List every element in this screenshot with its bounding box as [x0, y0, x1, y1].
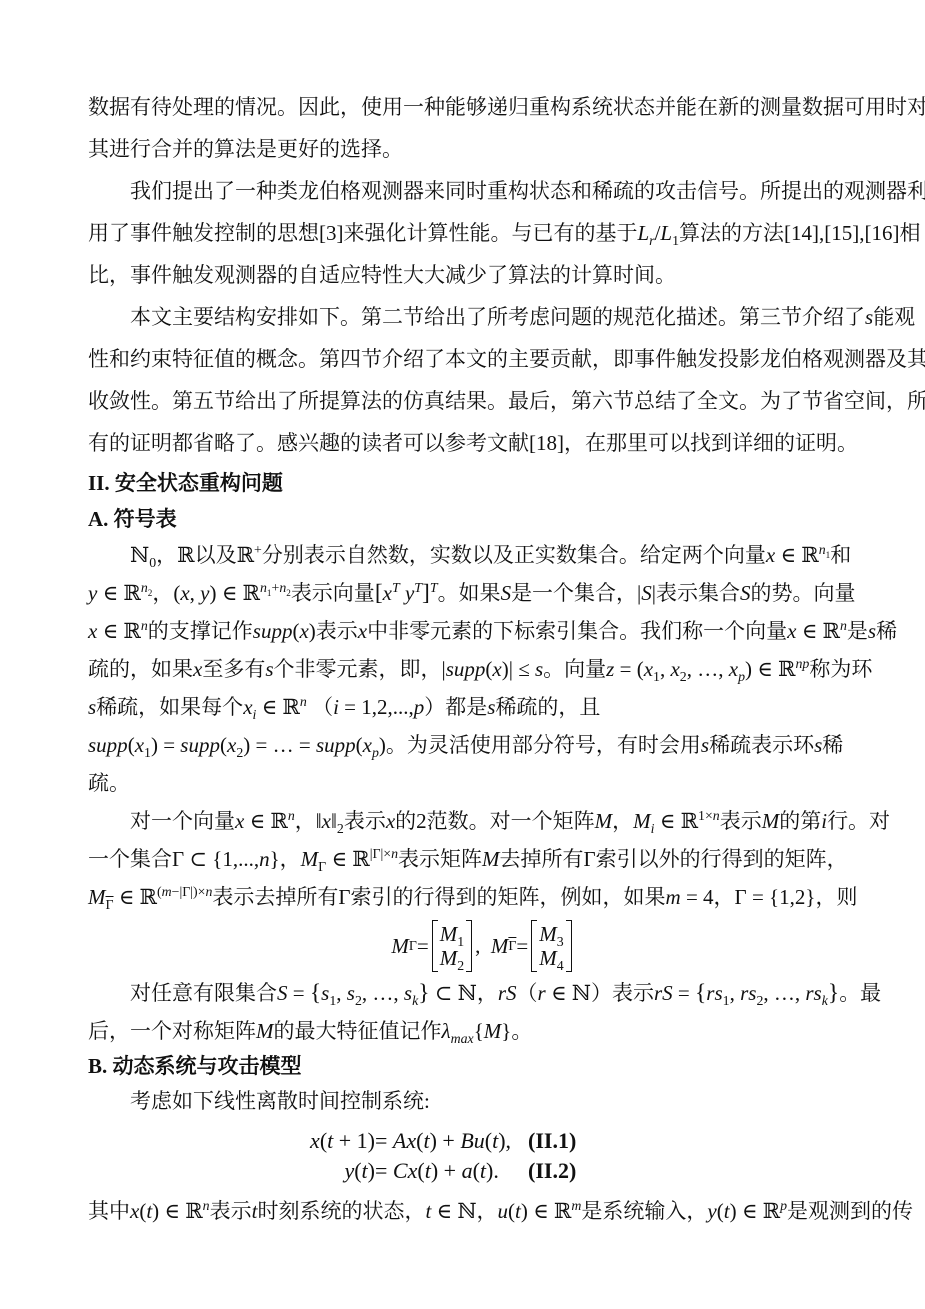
subsection-heading: A. 符号表	[88, 502, 838, 536]
body-line: 对任意有限集合S = {s1, s2, …, sk} ⊂ ℕ，rS（r ∈ ℕ）…	[88, 974, 838, 1012]
body-line: 后，一个对称矩阵M的最大特征值记作λmax{M}。	[88, 1012, 838, 1050]
section-heading: II. 安全状态重构问题	[88, 466, 838, 500]
body-line: 有的证明都省略了。感兴趣的读者可以参考文献[18]，在那里可以找到详细的证明。	[88, 422, 838, 464]
body-line: 疏的，如果x至多有s个非零元素，即，|supp(x)| ≤ s。向量z = (x…	[88, 650, 838, 688]
body-line: 对一个向量x ∈ ℝn，‖x‖2表示x的2范数。对一个矩阵M，Mi ∈ ℝ1×n…	[88, 802, 838, 840]
body-line: ℕ0，ℝ以及ℝ+分别表示自然数，实数以及正实数集合。给定两个向量x ∈ ℝn1和	[88, 536, 838, 574]
body-line: 考虑如下线性离散时间控制系统:	[88, 1082, 838, 1120]
body-line: y ∈ ℝn2，(x, y) ∈ ℝn1+n2表示向量[xT yT]T。如果S是…	[88, 574, 838, 612]
body-line: 其中x(t) ∈ ℝn表示t时刻系统的状态，t ∈ ℕ，u(t) ∈ ℝm是系统…	[88, 1192, 838, 1230]
equation-block: x(t + 1) = Ax(t) + Bu(t),(II.1)y(t) = Cx…	[263, 1126, 838, 1186]
equation-row: y(t) = Cx(t) + a(t).(II.2)	[263, 1156, 838, 1186]
equation-label: (II.1)	[528, 1126, 576, 1156]
paper-page: 数据有待处理的情况。因此，使用一种能够递归重构系统状态并能在新的测量数据可用时对…	[0, 0, 925, 1309]
body-line: 性和约束特征值的概念。第四节介绍了本文的主要贡献，即事件触发投影龙伯格观测器及其	[88, 338, 838, 380]
equation-row: x(t + 1) = Ax(t) + Bu(t),(II.1)	[263, 1126, 838, 1156]
bracket-matrix: M1M2	[432, 920, 472, 972]
matrix-expression: MΓ = M1M2	[391, 920, 475, 972]
body-line: 收敛性。第五节给出了所提算法的仿真结果。最后，第六节总结了全文。为了节省空间，所	[88, 380, 838, 422]
body-line: supp(x1) = supp(x2) = … = supp(xp)。为灵活使用…	[88, 726, 838, 764]
matrix-expression: MΓ = M3M4	[491, 920, 575, 972]
document-body: 数据有待处理的情况。因此，使用一种能够递归重构系统状态并能在新的测量数据可用时对…	[88, 86, 838, 1230]
body-line: x ∈ ℝn的支撑记作supp(x)表示x中非零元素的下标索引集合。我们称一个向…	[88, 612, 838, 650]
body-line: 我们提出了一种类龙伯格观测器来同时重构状态和稀疏的攻击信号。所提出的观测器利	[88, 170, 838, 212]
body-line: 数据有待处理的情况。因此，使用一种能够递归重构系统状态并能在新的测量数据可用时对	[88, 86, 838, 128]
bracket-matrix: M3M4	[531, 920, 571, 972]
subsection-heading: B. 动态系统与攻击模型	[88, 1050, 838, 1082]
body-line: 一个集合Γ ⊂ {1,...,n}，MΓ ∈ ℝ|Γ|×n表示矩阵M去掉所有Γ索…	[88, 840, 838, 878]
body-line: 疏。	[88, 764, 838, 802]
equation-label: (II.2)	[528, 1156, 576, 1186]
body-line: 其进行合并的算法是更好的选择。	[88, 128, 838, 170]
matrix-equation: MΓ = M1M2, MΓ = M3M4	[128, 920, 838, 972]
body-line: MΓ ∈ ℝ(m−|Γ|)×n表示去掉所有Γ索引的行得到的矩阵，例如，如果m =…	[88, 878, 838, 916]
body-line: 比，事件触发观测器的自适应特性大大减少了算法的计算时间。	[88, 254, 838, 296]
body-line: s稀疏，如果每个xi ∈ ℝn （i = 1,2,...,p）都是s稀疏的，且	[88, 688, 838, 726]
body-line: 用了事件触发控制的思想[3]来强化计算性能。与已有的基于Lr/L1算法的方法[1…	[88, 212, 838, 254]
body-line: 本文主要结构安排如下。第二节给出了所考虑问题的规范化描述。第三节介绍了s能观	[88, 296, 838, 338]
